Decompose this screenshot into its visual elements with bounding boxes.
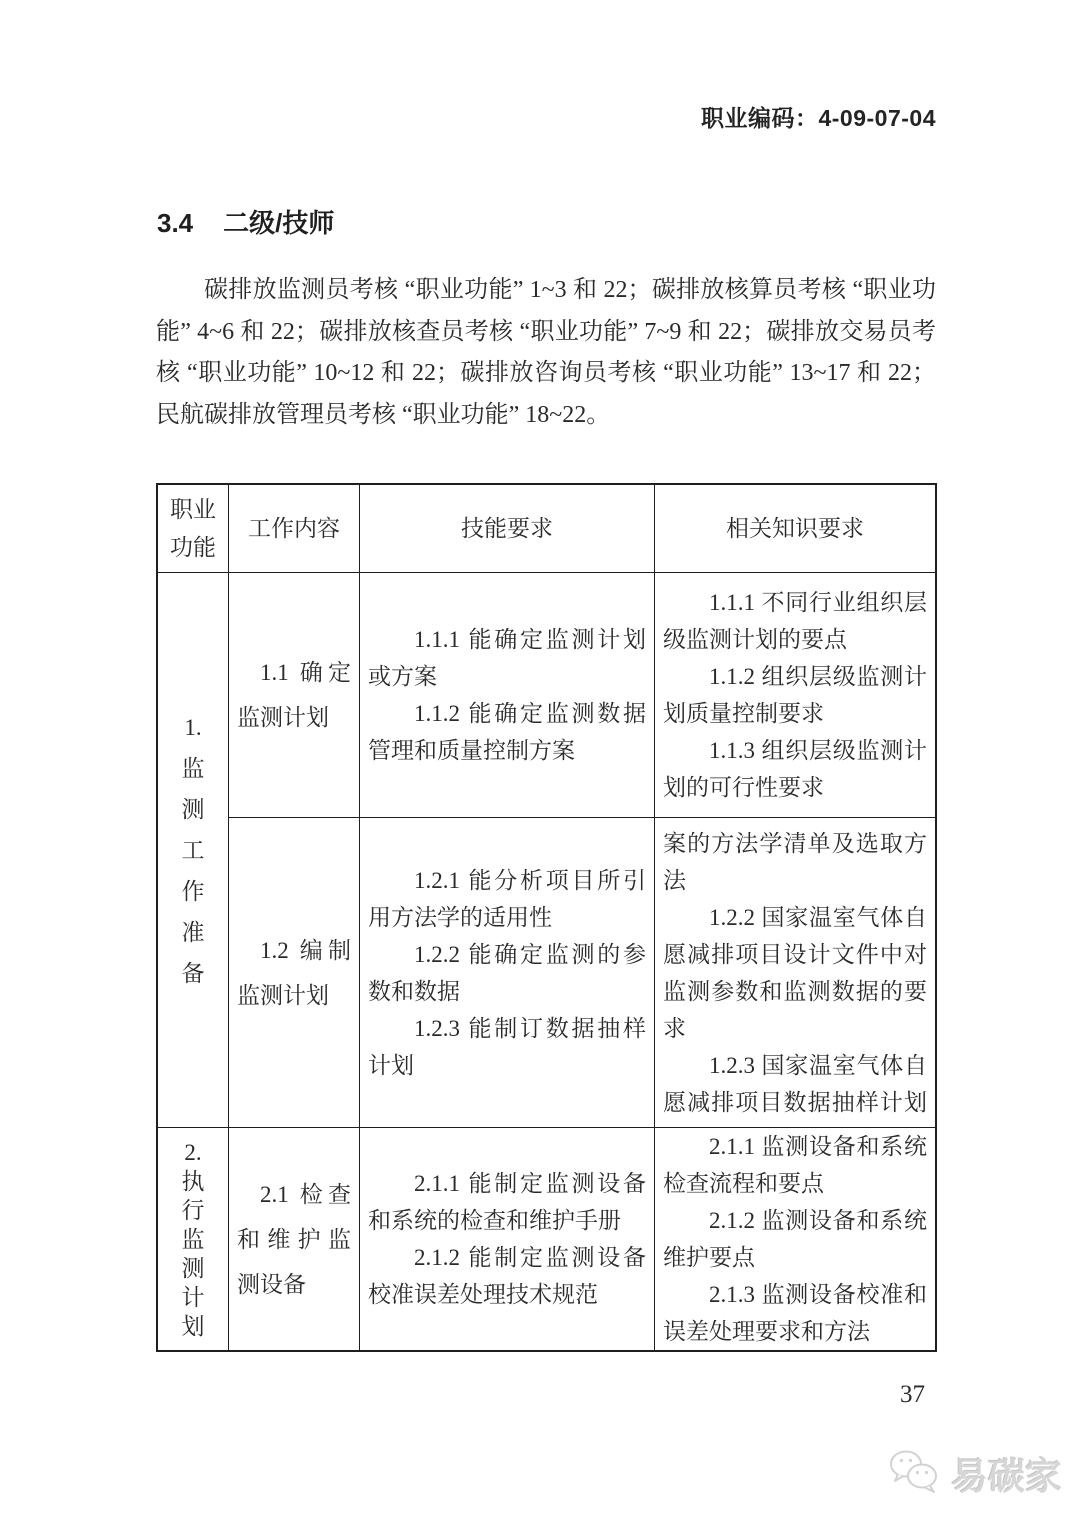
col-header-knowledge: 相关知识要求 <box>655 485 935 573</box>
work-cell-1-1: 1.1 确定监测计划 <box>229 573 360 818</box>
knowledge-item: 1.1.1 不同行业组织层级监测计划的要点 <box>663 584 927 658</box>
knowledge-cell-1-2: 1.2.1 政府主管部门备案的方法学清单及选取方法 1.2.2 国家温室气体自愿… <box>655 818 935 1128</box>
col-header-work: 工作内容 <box>229 485 360 573</box>
watermark: 易碳家 <box>889 1446 1062 1500</box>
work-cell-1-2: 1.2 编制监测计划 <box>229 818 360 1128</box>
skills-cell-2-1: 2.1.1 能制定监测设备和系统的检查和维护手册 2.1.2 能制定监测设备校准… <box>360 1128 655 1350</box>
skills-cell-1-2: 1.2.1 能分析项目所引用方法学的适用性 1.2.2 能确定监测的参数和数据 … <box>360 818 655 1128</box>
skill-item: 1.2.2 能确定监测的参数和数据 <box>368 936 646 1010</box>
work-label: 1.1 确定监测计划 <box>229 650 359 740</box>
skill-item: 2.1.1 能制定监测设备和系统的检查和维护手册 <box>368 1165 646 1239</box>
requirements-table: 职业 功能 工作内容 技能要求 相关知识要求 1. 监 测 工 作 准 备 1.… <box>156 483 937 1352</box>
occupation-code: 职业编码：4-09-07-04 <box>0 100 936 133</box>
skill-item: 2.1.2 能制定监测设备校准误差处理技术规范 <box>368 1239 646 1313</box>
skill-item: 1.2.1 能分析项目所引用方法学的适用性 <box>368 862 646 936</box>
knowledge-item: 1.1.3 组织层级监测计划的可行性要求 <box>663 732 927 806</box>
knowledge-item: 2.1.1 监测设备和系统检查流程和要点 <box>663 1128 927 1202</box>
knowledge-cell-1-1: 1.1.1 不同行业组织层级监测计划的要点 1.1.2 组织层级监测计划质量控制… <box>655 573 935 818</box>
work-label: 1.2 编制监测计划 <box>229 928 359 1018</box>
work-cell-2-1: 2.1 检查和维护监测设备 <box>229 1128 360 1350</box>
knowledge-item: 1.2.1 政府主管部门备案的方法学清单及选取方法 <box>663 818 927 899</box>
col-header-function: 职业 功能 <box>158 485 229 573</box>
skills-cell-1-1: 1.1.1 能确定监测计划或方案 1.1.2 能确定监测数据管理和质量控制方案 <box>360 573 655 818</box>
function-cell-1: 1. 监 测 工 作 准 备 <box>158 573 229 1128</box>
page-number: 37 <box>0 1381 925 1409</box>
knowledge-item: 2.1.2 监测设备和系统维护要点 <box>663 1202 927 1276</box>
skill-item: 1.2.3 能制订数据抽样计划 <box>368 1010 646 1084</box>
section-heading: 3.4 二级/技师 <box>157 203 334 240</box>
knowledge-item: 2.1.3 监测设备校准和误差处理要求和方法 <box>663 1276 927 1350</box>
skill-item: 1.1.1 能确定监测计划或方案 <box>368 621 646 695</box>
section-number: 3.4 <box>157 208 193 239</box>
col-header-skills: 技能要求 <box>360 485 655 573</box>
knowledge-item: 1.2.2 国家温室气体自愿减排项目设计文件中对监测参数和监测数据的要求 <box>663 899 927 1047</box>
work-label: 2.1 检查和维护监测设备 <box>229 1172 359 1307</box>
skill-item: 1.1.2 能确定监测数据管理和质量控制方案 <box>368 695 646 769</box>
function-cell-2: 2. 执 行 监 测 计 划 <box>158 1128 229 1350</box>
wechat-bubbles-icon <box>889 1448 943 1498</box>
section-title: 二级/技师 <box>223 203 334 240</box>
knowledge-item: 1.2.3 国家温室气体自愿减排项目数据抽样计划的设计要求 <box>663 1047 927 1129</box>
knowledge-cell-2-1: 2.1.1 监测设备和系统检查流程和要点 2.1.2 监测设备和系统维护要点 2… <box>655 1128 935 1350</box>
document-page: 职业编码：4-09-07-04 3.4 二级/技师 碳排放监测员考核 “职业功能… <box>0 0 1080 1516</box>
knowledge-item: 1.1.2 组织层级监测计划质量控制要求 <box>663 658 927 732</box>
intro-paragraph: 碳排放监测员考核 “职业功能” 1~3 和 22；碳排放核算员考核 “职业功能”… <box>156 270 936 436</box>
watermark-text: 易碳家 <box>951 1446 1062 1500</box>
